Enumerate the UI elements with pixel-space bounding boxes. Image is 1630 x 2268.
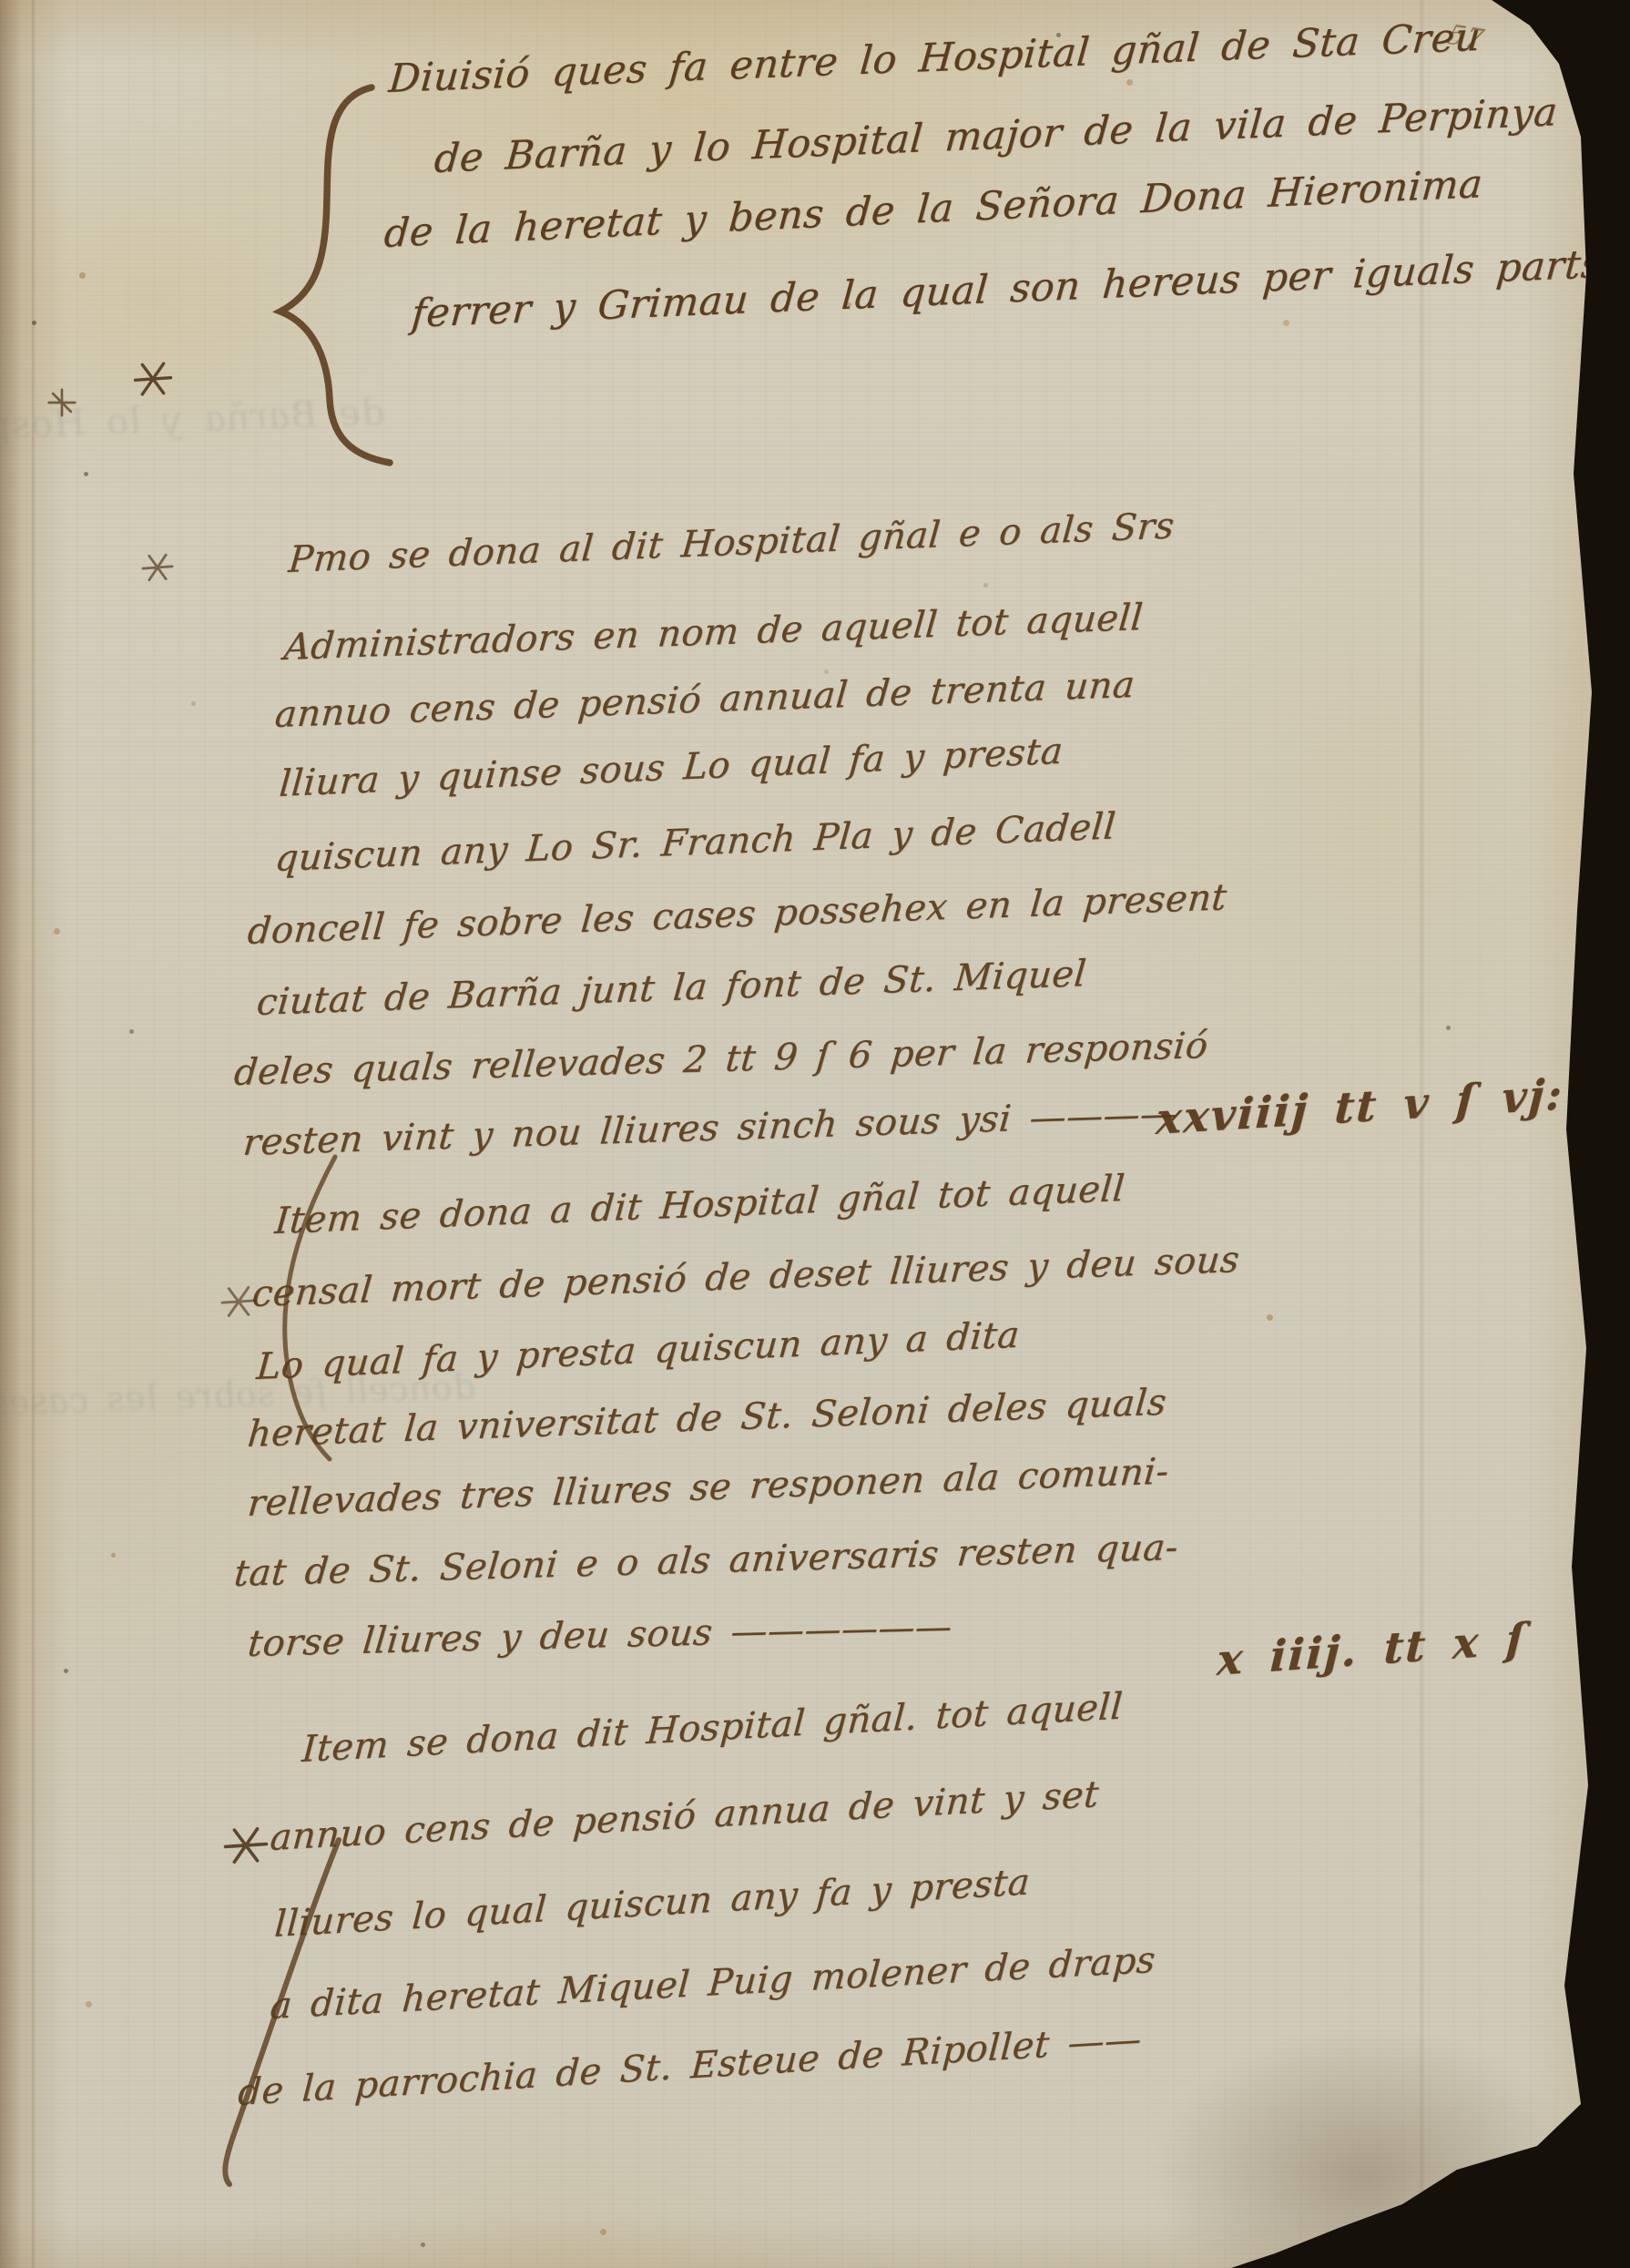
entry2-line: torse lliures y deu sous ——————	[246, 1606, 954, 1665]
manuscript-page: 57 de Barña y lo Hospital major de la vi…	[0, 0, 1630, 2268]
entry2-margin-amount: x iiij. tt x ſ	[1216, 1614, 1527, 1686]
bleedthrough-text: de Barña y lo Hospital major de la vila …	[0, 392, 386, 471]
heading-line: ferrer y Grimau de la qual son hereus pe…	[410, 241, 1604, 337]
scribal-asterisk-icon	[220, 1820, 271, 1871]
entry1-line: Administradors en nom de aquell tot aque…	[282, 597, 1145, 669]
heading-line: Diuisió ques fa entre lo Hospital gñal d…	[387, 15, 1482, 102]
entry2-line: Item se dona a dit Hospital gñal tot aqu…	[273, 1168, 1126, 1242]
entry3-line: lliures lo qual quiscun any fa y presta	[273, 1861, 1032, 1946]
entry3-line: annuo cens de pensió annua de vint y set	[269, 1773, 1100, 1859]
entry1-line: Pmo se dona al dit Hospital gñal e o als…	[287, 505, 1176, 581]
foxing-specks	[0, 0, 5, 5]
entry2-line: tat de St. Seloni e o als aniversaris re…	[232, 1527, 1180, 1595]
entry1-line: lliura y quinse sous Lo qual fa y presta	[278, 730, 1065, 805]
scribal-asterisk-icon	[129, 355, 177, 403]
entry2-line: Lo qual fa y presta quiscun any a dita	[255, 1314, 1021, 1388]
entry1-line: ciutat de Barña junt la font de St. Miqu…	[255, 953, 1088, 1024]
entry1-line: annuo cens de pensió annual de trenta un…	[273, 664, 1136, 736]
entry3-line: Item se dona dit Hospital gñal. tot aque…	[301, 1686, 1124, 1771]
entry1-line: doncell fe sobre les cases possehex en l…	[246, 876, 1228, 953]
entry1-line: deles quals rellevades 2 tt 9 ſ 6 per la…	[232, 1025, 1210, 1094]
photograph-background: 57 de Barña y lo Hospital major de la vi…	[0, 0, 1630, 2268]
entry3-line: a dita heretat Miquel Puig molener de dr…	[269, 1939, 1156, 2028]
entry2-line: rellevades tres lliures se responen ala …	[246, 1451, 1171, 1525]
scribal-asterisk-icon	[137, 547, 178, 588]
entry1-margin-amount: xxviiij tt v ſ vj:	[1155, 1069, 1565, 1145]
entry2-line: censal mort de pensió de deset lliures y…	[250, 1239, 1241, 1315]
entry3-line: de la parrochia de St. Esteue de Ripolle…	[237, 2018, 1143, 2114]
entry1-line: quiscun any Lo Sr. Franch Pla y de Cadel…	[273, 805, 1117, 880]
entry1-line: resten vint y nou lliures sinch sous ysi…	[241, 1093, 1179, 1164]
